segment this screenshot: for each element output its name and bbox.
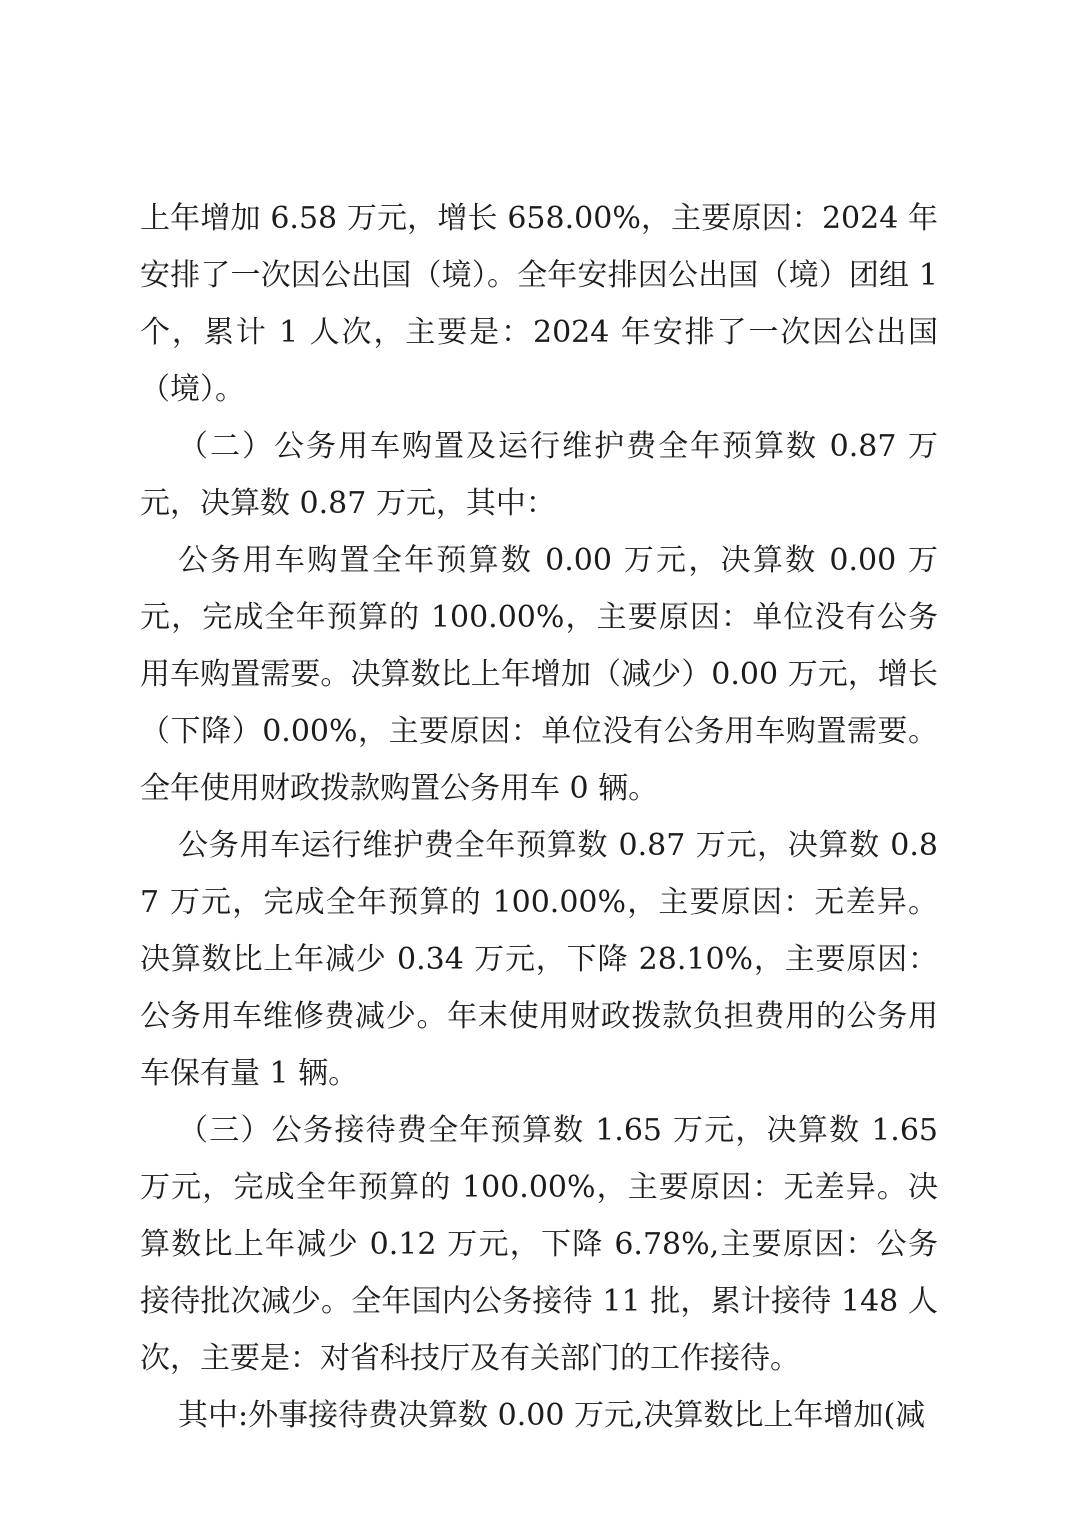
paragraph-official-reception-detail: （三）公务接待费全年预算数 1.65 万元，决算数 1.65 万元，完成全年预算… [140,1102,938,1387]
document-content: 上年增加 6.58 万元，增长 658.00%，主要原因：2024 年安排了一次… [140,190,938,1444]
document-page: 上年增加 6.58 万元，增长 658.00%，主要原因：2024 年安排了一次… [0,0,1074,1520]
paragraph-foreign-reception-partial: 其中:外事接待费决算数 0.00 万元,决算数比上年增加(减 [140,1387,938,1444]
paragraph-vehicle-maintenance-detail: 公务用车运行维护费全年预算数 0.87 万元，决算数 0.87 万元，完成全年预… [140,817,938,1102]
paragraph-continuation-overseas-travel: 上年增加 6.58 万元，增长 658.00%，主要原因：2024 年安排了一次… [140,190,938,418]
paragraph-vehicle-purchase-detail: 公务用车购置全年预算数 0.00 万元，决算数 0.00 万元，完成全年预算的 … [140,532,938,817]
paragraph-vehicle-purchase-and-maintenance-heading: （二）公务用车购置及运行维护费全年预算数 0.87 万元，决算数 0.87 万元… [140,418,938,532]
